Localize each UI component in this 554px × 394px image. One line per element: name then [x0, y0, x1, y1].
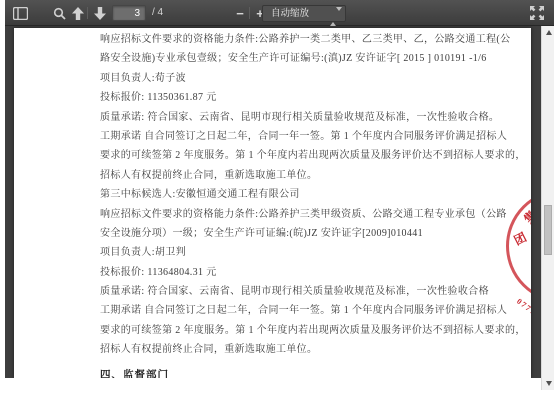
scroll-up-arrow[interactable]	[542, 26, 554, 39]
zoom-mode-select[interactable]: 自动缩放	[262, 5, 346, 22]
doc-line: 投标报价: 11364804.31 元	[100, 263, 521, 282]
doc-line: 招标人有权提前终止合同，重新选取施工单位。	[100, 166, 521, 185]
page-count-label: / 4	[152, 7, 163, 18]
search-icon	[53, 7, 66, 20]
doc-line: 要求的可续签第 2 年度服务。第 1 个年度内若出现两次质量及服务评价达不到招标…	[100, 321, 521, 340]
arrow-up-icon	[72, 7, 84, 20]
previous-page-button[interactable]	[69, 4, 87, 22]
viewer-toolbar: / 4 − + 自动缩放	[5, 0, 554, 26]
pdf-viewer: / 4 − + 自动缩放 响	[5, 0, 554, 378]
doc-line: 项目负责人:胡卫判	[100, 243, 521, 262]
document-text: 响应招标文件要求的资格能力条件:公路养护一类二类甲、乙三类甲、乙，公路交通工程(…	[100, 30, 521, 378]
fullscreen-icon	[530, 6, 544, 20]
arrow-down-icon	[94, 7, 106, 20]
scrollbar-thumb[interactable]	[544, 205, 552, 255]
doc-line: 响应招标文件要求的资格能力条件:公路养护一类二类甲、乙三类甲、乙，公路交通工程(…	[100, 30, 521, 49]
section-heading: 四、监督部门	[100, 366, 521, 378]
search-button[interactable]	[50, 4, 68, 22]
zoom-mode-value: 自动缩放	[271, 8, 309, 19]
doc-line: 安全设施分项）一级；安全生产许可证编:(皖)JZ 安许证字[2009]01044…	[100, 224, 521, 243]
seal-char: 团	[511, 228, 529, 249]
minus-icon: −	[236, 7, 244, 20]
doc-line: 响应招标文件要求的资格能力条件:公路养护三类甲级资质、公路交通工程专业承包（公路	[100, 205, 521, 224]
zoom-out-button[interactable]: −	[231, 4, 249, 22]
doc-line: 要求的可续签第 2 年度服务。第 1 个年度内若出现两次质量及服务评价达不到招标…	[100, 146, 521, 165]
toolbar-separator	[87, 7, 88, 19]
select-updown-icon	[330, 9, 337, 19]
sidebar-toggle-icon	[13, 7, 28, 20]
scroll-down-arrow[interactable]	[542, 377, 554, 390]
toolbar-separator	[249, 7, 250, 19]
next-page-button[interactable]	[91, 4, 109, 22]
doc-line: 第三中标候选人:安徽恒通交通工程有限公司	[100, 185, 521, 204]
doc-line: 投标报价: 11350361.87 元	[100, 88, 521, 107]
doc-line: 工期承诺 自合同签订之日起二年，合同一年一签。第 1 个年度内合同服务评价满足招…	[100, 301, 521, 320]
seal-char: 集	[520, 207, 531, 227]
vertical-scrollbar[interactable]	[541, 26, 554, 390]
doc-line: 质量承诺: 符合国家、云南省、昆明市现行相关质量验收规范及标准，一次性验收合格	[100, 282, 521, 301]
page-number-input[interactable]	[112, 5, 146, 21]
presentation-mode-button[interactable]	[528, 4, 546, 22]
doc-line: 工期承诺 自合同签订之日起二年，合同一年一签。第 1 个年度内合同服务评价满足招…	[100, 127, 521, 146]
pdf-page: 响应招标文件要求的资格能力条件:公路养护一类二类甲、乙三类甲、乙，公路交通工程(…	[14, 28, 531, 378]
doc-line: 项目负责人:荀子波	[100, 69, 521, 88]
doc-line: 招标人有权提前终止合同，重新选取施工单位。	[100, 340, 521, 359]
doc-line: 路安全设施)专业承包壹级；安全生产许可证编号:(滇)JZ 安许证字[ 2015 …	[100, 49, 521, 68]
doc-line: 质量承诺: 符合国家、云南省、昆明市现行相关质量验收规范及标准，一次性验收合格。	[100, 108, 521, 127]
sidebar-toggle-button[interactable]	[11, 4, 29, 22]
